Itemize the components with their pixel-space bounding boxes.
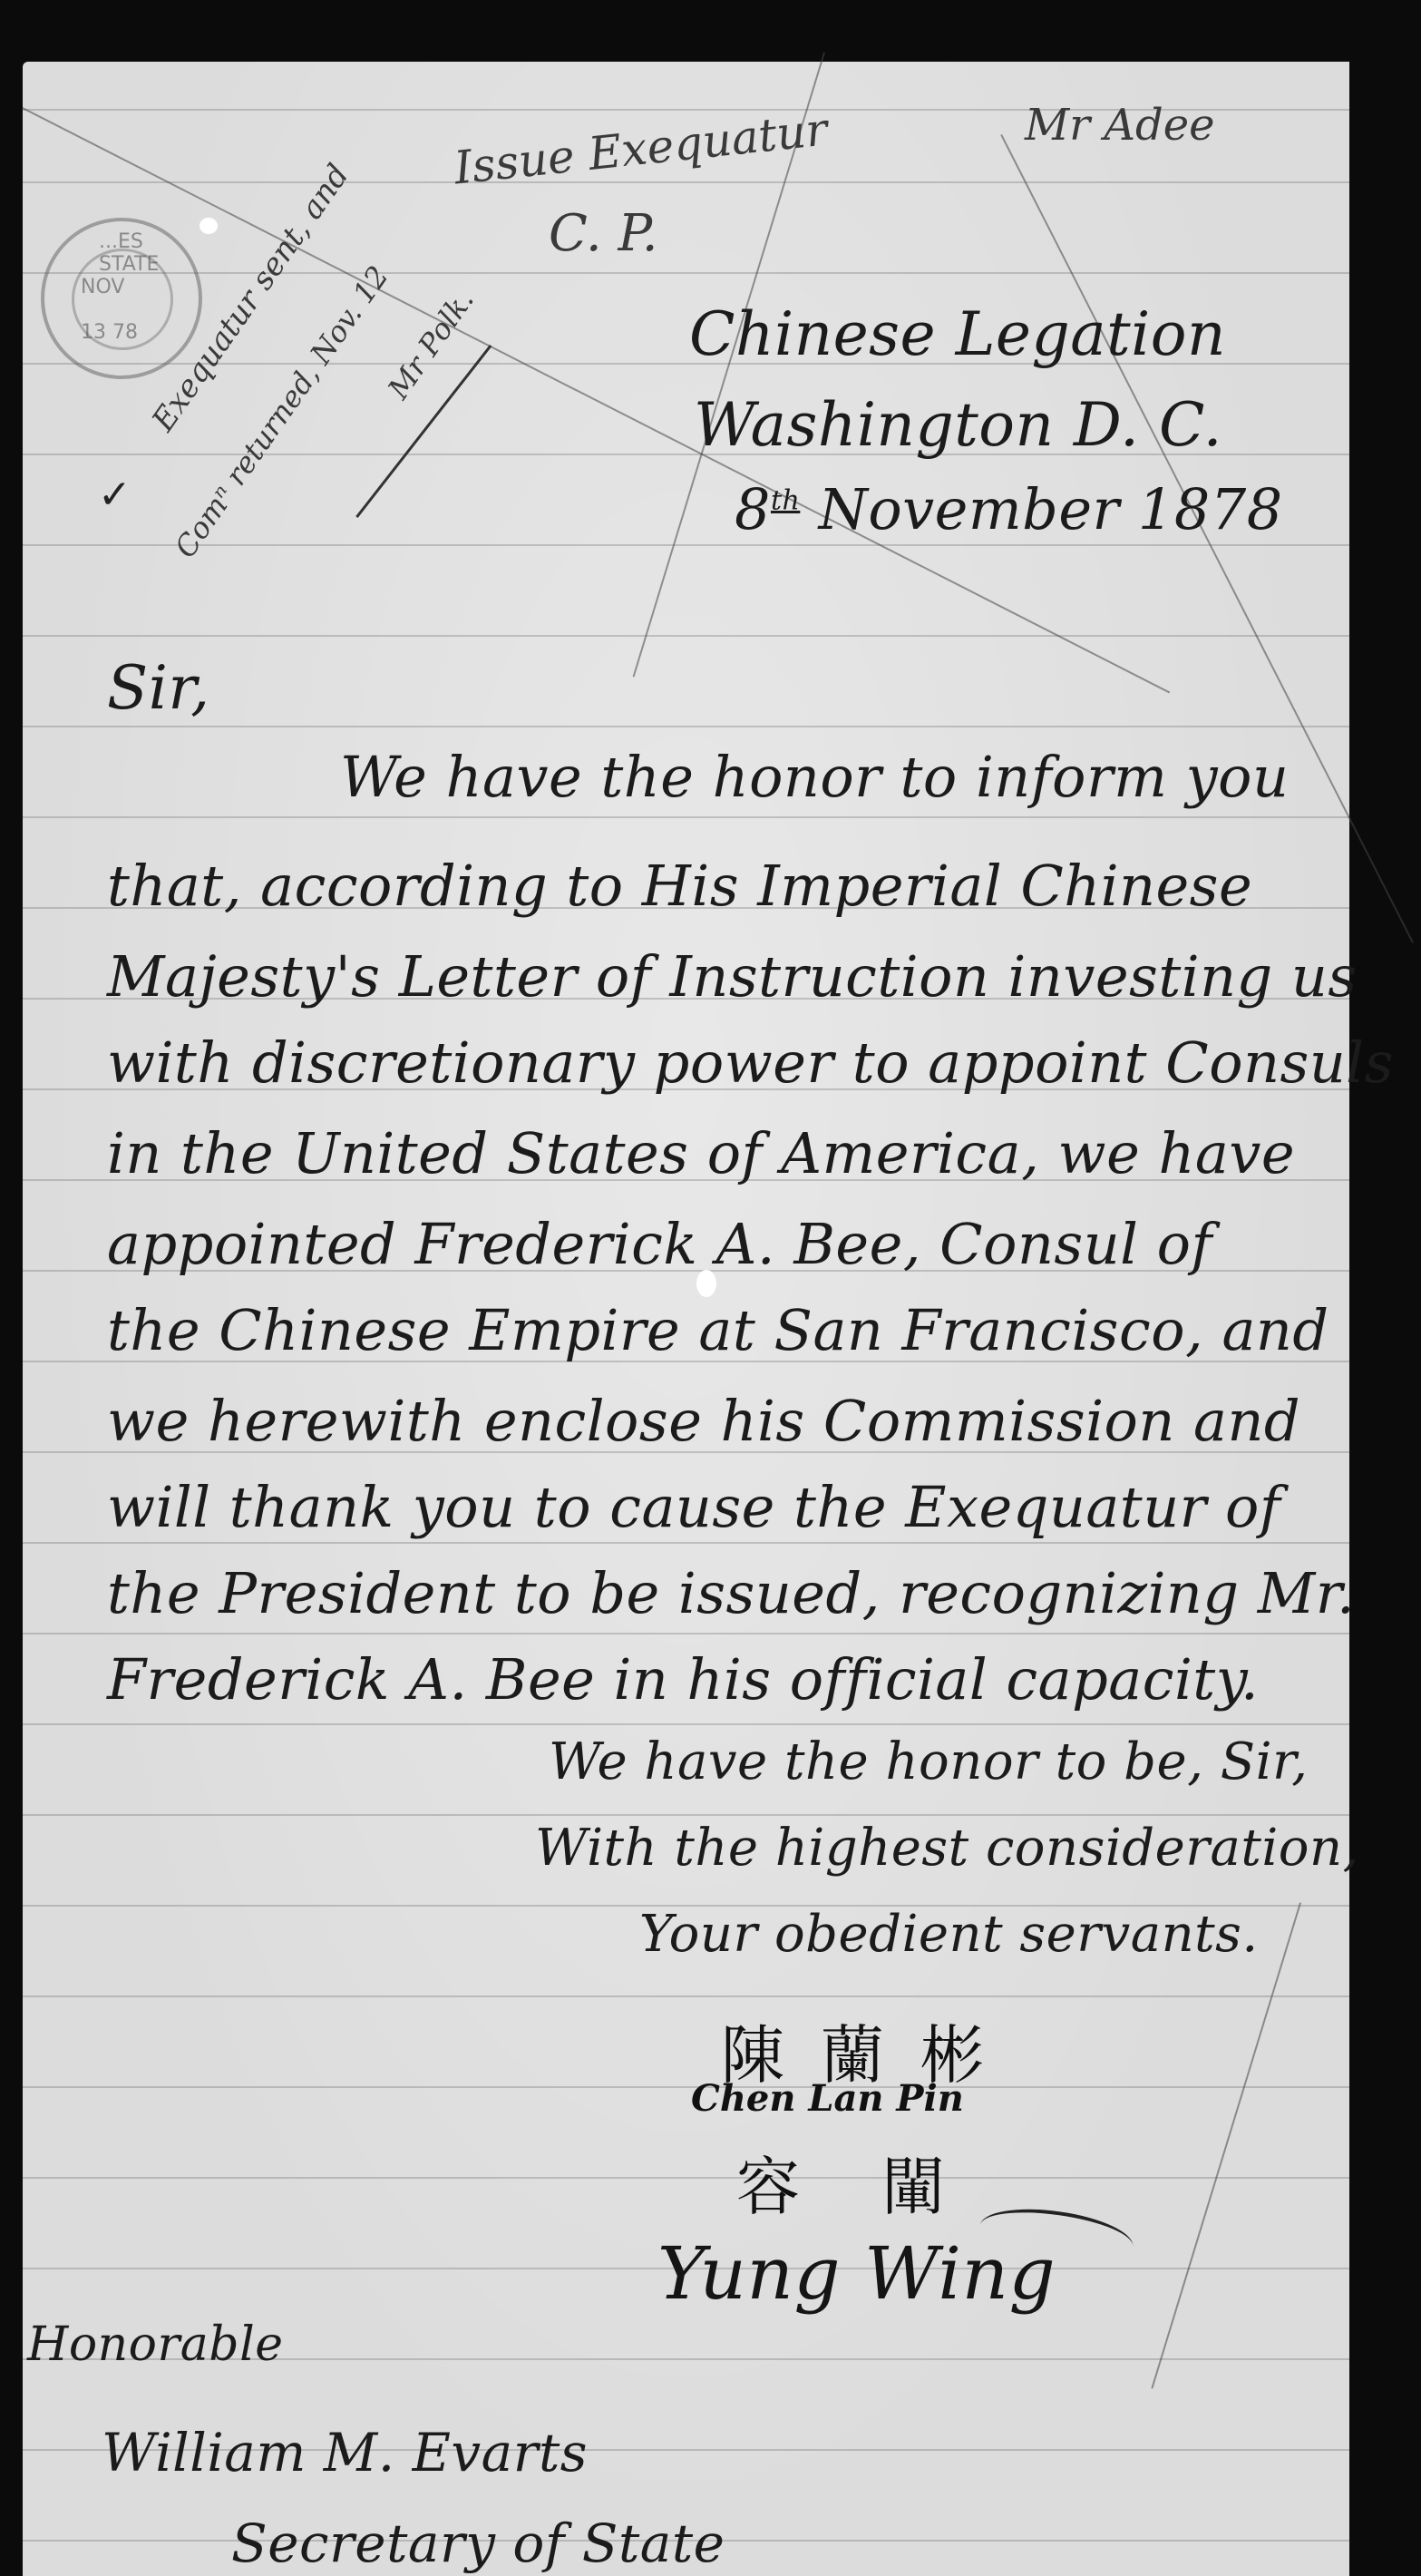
body-line-7: the Chinese Empire at San Francisco, and	[107, 1297, 1329, 1363]
addressee-title: Secretary of State	[231, 2513, 725, 2574]
ruled-line	[23, 1995, 1349, 1997]
ruled-line	[23, 181, 1349, 183]
city-heading: Washington D. C.	[694, 390, 1222, 460]
ruled-line	[23, 272, 1349, 274]
fold-line	[1151, 1902, 1301, 2388]
addressee-honorable: Honorable	[27, 2317, 284, 2372]
body-line-11: Frederick A. Bee in his official capacit…	[107, 1646, 1259, 1712]
ruled-line	[23, 544, 1349, 546]
ruled-line	[23, 635, 1349, 637]
ruled-line	[23, 816, 1349, 818]
body-line-9: will thank you to cause the Exequatur of	[107, 1474, 1280, 1540]
body-line-10: the President to be issued, recognizing …	[107, 1560, 1355, 1626]
ruled-line	[23, 2086, 1349, 2088]
stamp-month: NOV	[81, 276, 124, 298]
stamp-year: 13 78	[81, 321, 138, 344]
body-line-4: with discretionary power to appoint Cons…	[107, 1029, 1394, 1096]
addressee-name: William M. Evarts	[102, 2422, 588, 2483]
ruled-line	[23, 726, 1349, 727]
closing-line-1: We have the honor to be, Sir,	[549, 1732, 1308, 1791]
date-suffix: th	[771, 484, 800, 516]
ruled-line	[23, 1542, 1349, 1544]
signature-yung-wing-cjk: 容閳	[736, 2136, 1027, 2228]
body-line-8: we herewith enclose his Commission and	[107, 1388, 1300, 1454]
stamp-text: ...ES STATE	[99, 230, 199, 276]
closing-line-3: Your obedient servants.	[639, 1905, 1259, 1964]
ruled-line	[23, 1723, 1349, 1725]
date-line: 8th November 1878	[735, 476, 1283, 542]
ruled-line	[23, 2177, 1349, 2179]
signature-chen-lan-pin-latin: Chen Lan Pin	[691, 2077, 964, 2120]
film-speck	[200, 218, 218, 234]
initials-cp: C. P.	[549, 204, 658, 263]
received-stamp: ...ES STATE NOV 13 78	[41, 218, 202, 379]
body-line-6: appointed Frederick A. Bee, Consul of	[107, 1211, 1212, 1277]
body-line-1: We have the honor to inform you	[340, 744, 1289, 810]
pencil-note-mr-adee: Mr Adee	[1025, 100, 1215, 151]
body-line-2: that, according to His Imperial Chinese	[107, 853, 1252, 919]
body-line-3: Majesty's Letter of Instruction investin…	[107, 943, 1358, 1010]
ruled-line	[23, 1814, 1349, 1816]
ruled-line	[23, 1633, 1349, 1634]
date-day: 8	[735, 476, 771, 542]
salutation: Sir,	[107, 653, 210, 723]
legation-heading: Chinese Legation	[689, 299, 1226, 369]
checkmark-icon: ✓	[98, 472, 131, 518]
closing-line-2: With the highest consideration,	[535, 1819, 1359, 1878]
date-rest: November 1878	[819, 476, 1283, 542]
body-line-5: in the United States of America, we have	[107, 1120, 1295, 1186]
